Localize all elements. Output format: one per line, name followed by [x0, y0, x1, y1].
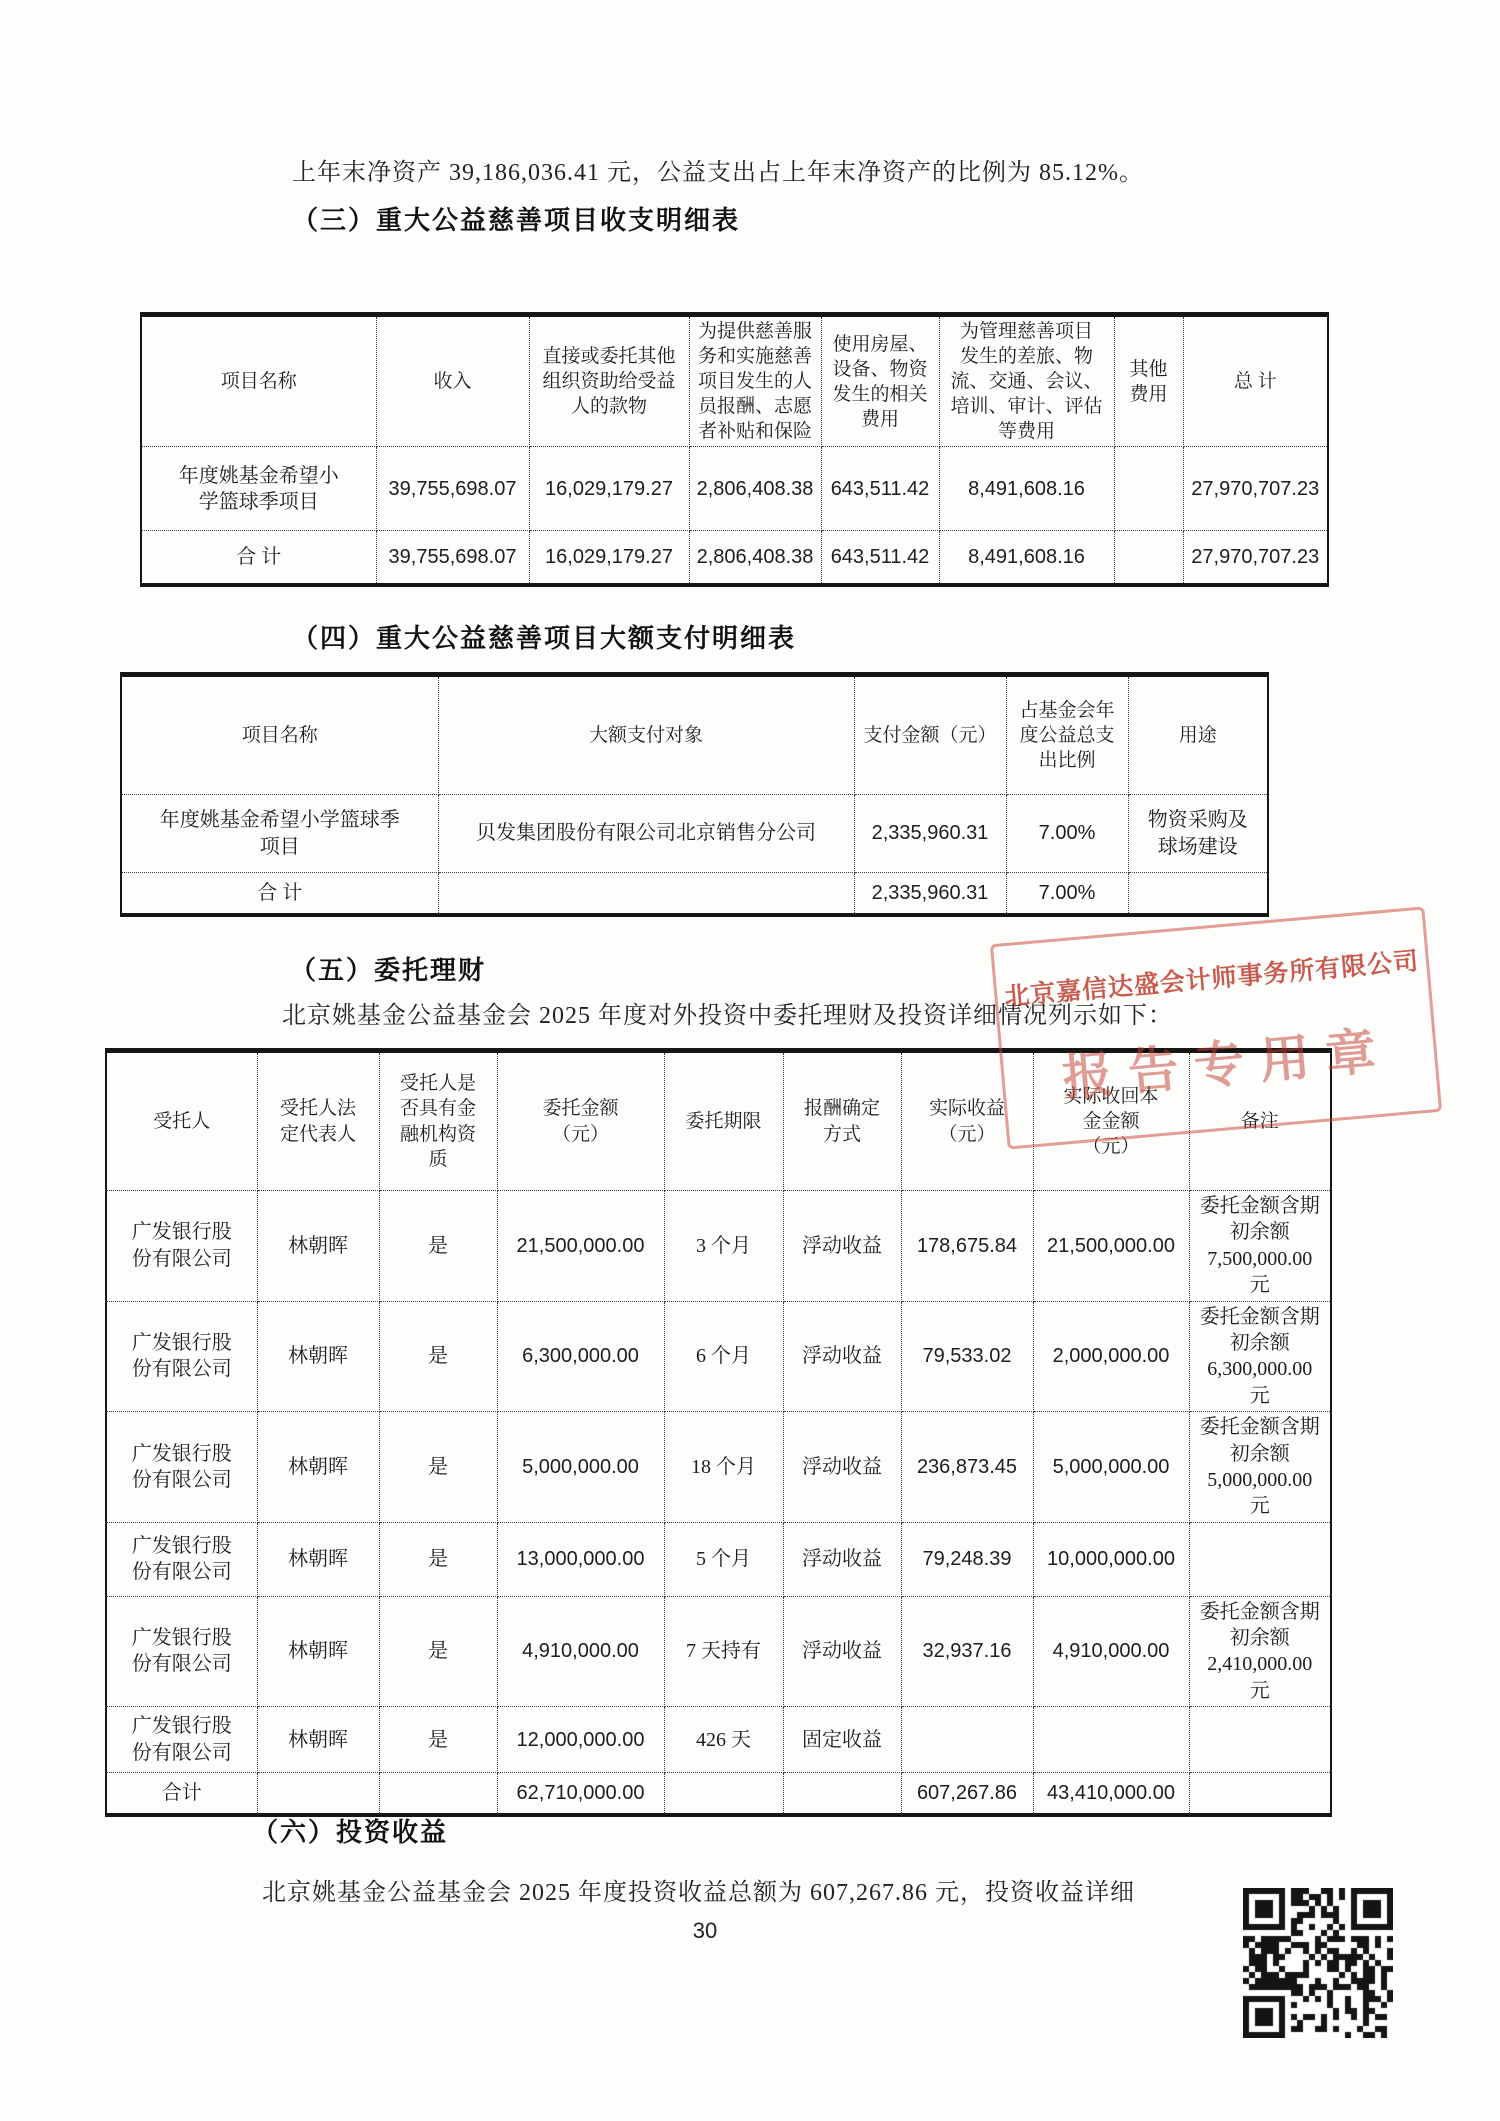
cell: 林朝晖 [257, 1707, 379, 1773]
cell: 用途 [1128, 675, 1268, 795]
cell: 5,000,000.00 [1033, 1412, 1189, 1523]
cell: 是 [379, 1412, 497, 1523]
cell [783, 1773, 901, 1815]
cell: 项目名称 [141, 315, 376, 447]
cell: 实际收回本 金金额 （元） [1033, 1051, 1189, 1191]
cell: 是 [379, 1301, 497, 1412]
cell: 79,533.02 [901, 1301, 1033, 1412]
cell [901, 1707, 1033, 1773]
cell: 林朝晖 [257, 1412, 379, 1523]
cell [1189, 1773, 1331, 1815]
cell: 贝发集团股份有限公司北京销售分公司 [438, 795, 854, 873]
entrusted-investment-table: 受托人 受托人法 定代表人 受托人是 否具有金 融机构资 质 委托金额 （元） … [105, 1048, 1332, 1817]
cell: 607,267.86 [901, 1773, 1033, 1815]
cell [1033, 1707, 1189, 1773]
cell: 浮动收益 [783, 1522, 901, 1596]
cell: 2,806,408.38 [689, 447, 821, 531]
cell: 39,755,698.07 [376, 531, 529, 585]
cell: 广发银行股 份有限公司 [106, 1301, 257, 1412]
cell: 为管理慈善项目 发生的差旅、物 流、交通、会议、 培训、审计、评估 等费用 [939, 315, 1114, 447]
cell: 其他 费用 [1114, 315, 1183, 447]
cell: 直接或委托其他 组织资助给受益 人的款物 [529, 315, 689, 447]
cell: 委托金额含期 初余额 5,000,000.00 元 [1189, 1412, 1331, 1523]
cell: 27,970,707.23 [1183, 531, 1328, 585]
cell: 7.00% [1006, 873, 1128, 915]
cell: 林朝晖 [257, 1596, 379, 1707]
section4-heading: （四）重大公益慈善项目大额支付明细表 [292, 618, 796, 655]
cell: 10,000,000.00 [1033, 1522, 1189, 1596]
cell: 32,937.16 [901, 1596, 1033, 1707]
cell: 受托人 [106, 1051, 257, 1191]
cell: 是 [379, 1522, 497, 1596]
income-expense-table: 项目名称 收入 直接或委托其他 组织资助给受益 人的款物 为提供慈善服 务和实施… [140, 312, 1329, 587]
cell: 27,970,707.23 [1183, 447, 1328, 531]
cell: 178,675.84 [901, 1191, 1033, 1302]
table-header-row: 项目名称 大额支付对象 支付金额（元） 占基金会年 度公益总支 出比例 用途 [121, 675, 1268, 795]
cell [438, 873, 854, 915]
cell: 3 个月 [664, 1191, 783, 1302]
cell: 236,873.45 [901, 1412, 1033, 1523]
cell: 大额支付对象 [438, 675, 854, 795]
cell [664, 1773, 783, 1815]
cell: 委托金额含期 初余额 2,410,000.00 元 [1189, 1596, 1331, 1707]
cell: 21,500,000.00 [497, 1191, 664, 1302]
cell: 合 计 [121, 873, 438, 915]
cell: 18 个月 [664, 1412, 783, 1523]
cell: 6 个月 [664, 1301, 783, 1412]
cell: 是 [379, 1596, 497, 1707]
cell: 是 [379, 1191, 497, 1302]
cell: 21,500,000.00 [1033, 1191, 1189, 1302]
cell: 2,000,000.00 [1033, 1301, 1189, 1412]
cell: 合 计 [141, 531, 376, 585]
cell: 16,029,179.27 [529, 447, 689, 531]
cell: 2,335,960.31 [854, 795, 1006, 873]
cell: 39,755,698.07 [376, 447, 529, 531]
cell [1189, 1707, 1331, 1773]
cell: 643,511.42 [821, 447, 939, 531]
cell: 林朝晖 [257, 1301, 379, 1412]
cell [257, 1773, 379, 1815]
cell: 总 计 [1183, 315, 1328, 447]
cell: 收入 [376, 315, 529, 447]
cell: 643,511.42 [821, 531, 939, 585]
cell: 4,910,000.00 [497, 1596, 664, 1707]
table-total-row: 合计 62,710,000.00 607,267.86 43,410,000.0… [106, 1773, 1331, 1815]
table-row: 广发银行股 份有限公司 林朝晖 是 6,300,000.00 6 个月 浮动收益… [106, 1301, 1331, 1412]
net-assets-paragraph: 上年末净资产 39,186,036.41 元，公益支出占上年末净资产的比例为 8… [292, 152, 1144, 187]
table-row: 广发银行股 份有限公司 林朝晖 是 13,000,000.00 5 个月 浮动收… [106, 1522, 1331, 1596]
cell: 4,910,000.00 [1033, 1596, 1189, 1707]
cell: 固定收益 [783, 1707, 901, 1773]
cell: 年度姚基金希望小 学篮球季项目 [141, 447, 376, 531]
cell: 广发银行股 份有限公司 [106, 1522, 257, 1596]
cell: 备注 [1189, 1051, 1331, 1191]
cell: 受托人是 否具有金 融机构资 质 [379, 1051, 497, 1191]
cell: 为提供慈善服 务和实施慈善 项目发生的人 员报酬、志愿 者补贴和保险 [689, 315, 821, 447]
table-row: 广发银行股 份有限公司 林朝晖 是 12,000,000.00 426 天 固定… [106, 1707, 1331, 1773]
cell: 占基金会年 度公益总支 出比例 [1006, 675, 1128, 795]
section5-heading: （五）委托理财 [290, 950, 486, 987]
cell: 广发银行股 份有限公司 [106, 1596, 257, 1707]
cell: 13,000,000.00 [497, 1522, 664, 1596]
cell: 项目名称 [121, 675, 438, 795]
cell: 年度姚基金希望小学篮球季 项目 [121, 795, 438, 873]
section6-heading: （六）投资收益 [252, 1812, 448, 1849]
cell: 浮动收益 [783, 1596, 901, 1707]
cell: 广发银行股 份有限公司 [106, 1191, 257, 1302]
cell: 8,491,608.16 [939, 447, 1114, 531]
cell [1114, 531, 1183, 585]
table-total-row: 合 计 2,335,960.31 7.00% [121, 873, 1268, 915]
cell: 广发银行股 份有限公司 [106, 1412, 257, 1523]
cell: 报酬确定 方式 [783, 1051, 901, 1191]
cell: 426 天 [664, 1707, 783, 1773]
cell: 2,806,408.38 [689, 531, 821, 585]
cell: 物资采购及 球场建设 [1128, 795, 1268, 873]
cell: 7.00% [1006, 795, 1128, 873]
cell: 6,300,000.00 [497, 1301, 664, 1412]
cell [379, 1773, 497, 1815]
table-row: 广发银行股 份有限公司 林朝晖 是 5,000,000.00 18 个月 浮动收… [106, 1412, 1331, 1523]
cell: 43,410,000.00 [1033, 1773, 1189, 1815]
cell: 委托金额含期 初余额 7,500,000.00 元 [1189, 1191, 1331, 1302]
cell: 79,248.39 [901, 1522, 1033, 1596]
cell [1114, 447, 1183, 531]
cell: 实际收益 （元） [901, 1051, 1033, 1191]
cell: 7 天持有 [664, 1596, 783, 1707]
cell: 5,000,000.00 [497, 1412, 664, 1523]
cell: 62,710,000.00 [497, 1773, 664, 1815]
table-row: 广发银行股 份有限公司 林朝晖 是 21,500,000.00 3 个月 浮动收… [106, 1191, 1331, 1302]
cell: 5 个月 [664, 1522, 783, 1596]
cell: 委托金额 （元） [497, 1051, 664, 1191]
cell: 浮动收益 [783, 1301, 901, 1412]
table-row: 广发银行股 份有限公司 林朝晖 是 4,910,000.00 7 天持有 浮动收… [106, 1596, 1331, 1707]
large-payment-table: 项目名称 大额支付对象 支付金额（元） 占基金会年 度公益总支 出比例 用途 年… [120, 672, 1269, 917]
cell: 林朝晖 [257, 1522, 379, 1596]
section3-heading: （三）重大公益慈善项目收支明细表 [292, 200, 740, 237]
page-number: 30 [0, 1918, 1410, 1944]
document-page: { "intro": "上年末净资产 39,186,036.41 元，公益支出占… [0, 0, 1500, 2121]
cell: 委托金额含期 初余额 6,300,000.00 元 [1189, 1301, 1331, 1412]
section5-intro: 北京姚基金公益基金会 2025 年度对外投资中委托理财及投资详细情况列示如下： [282, 995, 1173, 1030]
cell: 浮动收益 [783, 1191, 901, 1302]
cell: 8,491,608.16 [939, 531, 1114, 585]
cell: 使用房屋、 设备、物资 发生的相关 费用 [821, 315, 939, 447]
table-header-row: 受托人 受托人法 定代表人 受托人是 否具有金 融机构资 质 委托金额 （元） … [106, 1051, 1331, 1191]
qr-code [1243, 1888, 1393, 2038]
cell: 广发银行股 份有限公司 [106, 1707, 257, 1773]
section6-paragraph: 北京姚基金公益基金会 2025 年度投资收益总额为 607,267.86 元，投… [262, 1872, 1135, 1907]
cell: 2,335,960.31 [854, 873, 1006, 915]
cell [1128, 873, 1268, 915]
cell: 合计 [106, 1773, 257, 1815]
cell: 支付金额（元） [854, 675, 1006, 795]
cell: 浮动收益 [783, 1412, 901, 1523]
cell: 16,029,179.27 [529, 531, 689, 585]
table-row: 年度姚基金希望小学篮球季 项目 贝发集团股份有限公司北京销售分公司 2,335,… [121, 795, 1268, 873]
cell: 委托期限 [664, 1051, 783, 1191]
table-header-row: 项目名称 收入 直接或委托其他 组织资助给受益 人的款物 为提供慈善服 务和实施… [141, 315, 1328, 447]
cell: 是 [379, 1707, 497, 1773]
cell: 12,000,000.00 [497, 1707, 664, 1773]
cell: 林朝晖 [257, 1191, 379, 1302]
table-total-row: 合 计 39,755,698.07 16,029,179.27 2,806,40… [141, 531, 1328, 585]
table-row: 年度姚基金希望小 学篮球季项目 39,755,698.07 16,029,179… [141, 447, 1328, 531]
cell [1189, 1522, 1331, 1596]
cell: 受托人法 定代表人 [257, 1051, 379, 1191]
